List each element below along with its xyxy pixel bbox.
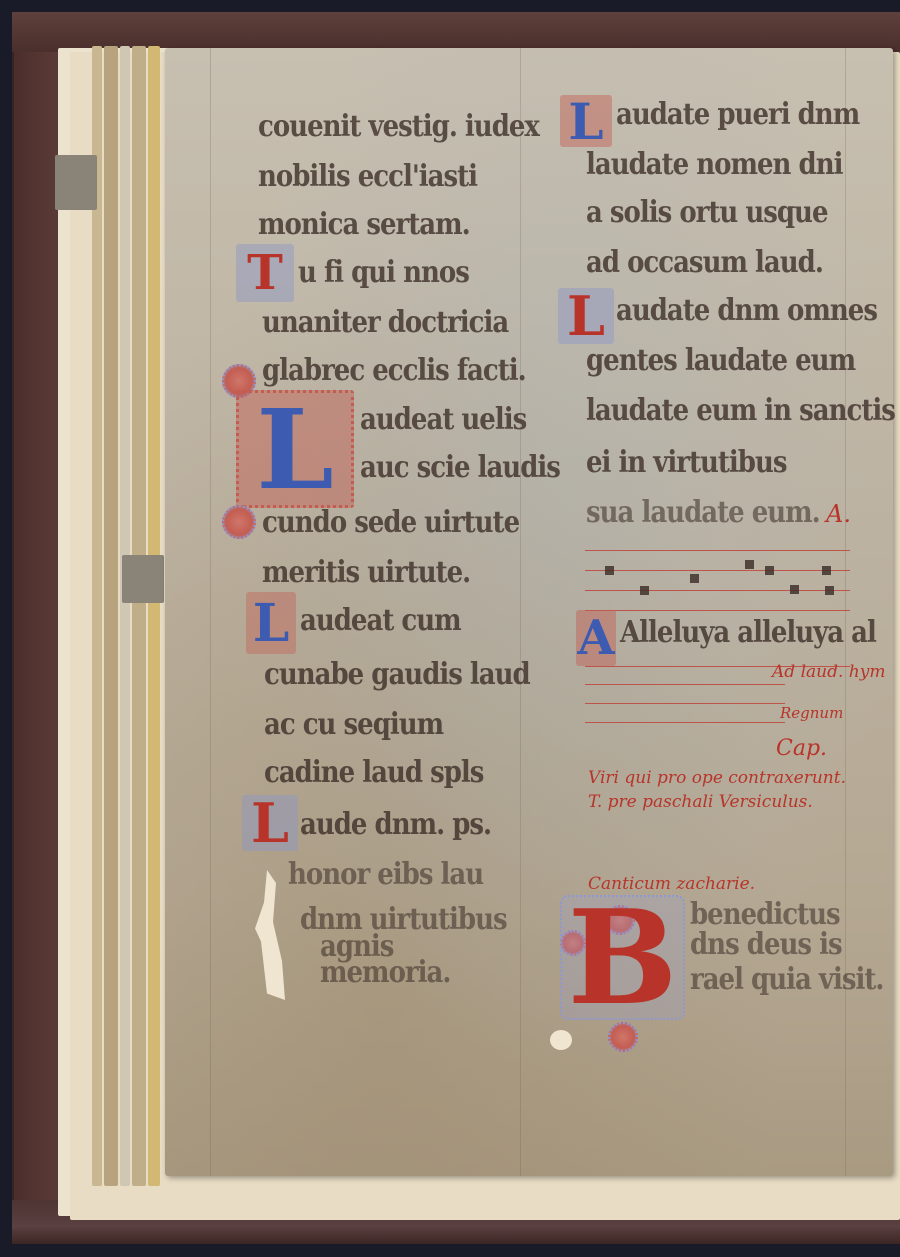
text-line: sua laudate eum. bbox=[586, 496, 820, 531]
ruling-line bbox=[520, 48, 521, 1176]
ruling-line bbox=[845, 48, 846, 1176]
folio-edge bbox=[104, 46, 118, 1186]
text-line: audate pueri dnm bbox=[616, 98, 859, 133]
text-line: u fi qui nnos bbox=[298, 256, 469, 291]
folio-edge bbox=[148, 46, 160, 1186]
staff-line bbox=[585, 684, 785, 685]
text-line: audeat uelis bbox=[360, 403, 526, 438]
text-line: glabrec ecclis facti. bbox=[262, 354, 526, 389]
staff-line bbox=[585, 570, 850, 571]
text-line: ei in virtutibus bbox=[586, 446, 787, 481]
staff-line bbox=[585, 590, 850, 591]
guard-tab bbox=[55, 155, 97, 210]
text-line: cunabe gaudis laud bbox=[264, 658, 530, 693]
folio-edges-stack bbox=[92, 46, 172, 1186]
text-line: a solis ortu usque bbox=[586, 196, 828, 231]
guard-tab bbox=[122, 555, 164, 603]
text-line: laudate eum in sanctis bbox=[586, 394, 895, 429]
text-line: meritis uirtute. bbox=[262, 556, 470, 591]
rubric-regnum: Regnum bbox=[780, 704, 843, 722]
text-line: ad occasum laud. bbox=[586, 246, 823, 281]
staff-line bbox=[585, 722, 785, 723]
neume bbox=[605, 566, 614, 575]
decorated-initial-l: L bbox=[242, 795, 298, 851]
neume bbox=[765, 566, 774, 575]
ruling-line bbox=[210, 48, 211, 1176]
rubric-line: T. pre paschali Versiculus. bbox=[588, 792, 813, 812]
text-line: gentes laudate eum bbox=[586, 344, 855, 379]
decorated-initial-l: L bbox=[246, 592, 296, 654]
text-line: memoria. bbox=[320, 956, 450, 991]
text-line: audeat cum bbox=[300, 604, 461, 639]
decorated-initial-a: A bbox=[576, 610, 616, 666]
staff-line bbox=[585, 703, 785, 704]
neume bbox=[690, 574, 699, 583]
staff-line bbox=[585, 550, 850, 551]
text-line: ac cu seqium bbox=[264, 708, 443, 743]
staff-line bbox=[585, 610, 850, 611]
decorated-initial-t: T bbox=[236, 244, 294, 302]
rubric-antiphon: A. bbox=[826, 500, 851, 528]
decorated-initial-l: L bbox=[560, 95, 612, 147]
folio-edge bbox=[132, 46, 146, 1186]
text-line: monica sertam. bbox=[258, 208, 470, 243]
neume bbox=[640, 586, 649, 595]
folio-edge bbox=[120, 46, 130, 1186]
text-line: auc scie laudis bbox=[360, 451, 560, 486]
text-line: cadine laud spls bbox=[264, 756, 483, 791]
rubric-capitulum: Cap. bbox=[776, 736, 827, 761]
text-line: nobilis eccl'iasti bbox=[258, 160, 477, 195]
text-line: couenit vestig. iudex bbox=[258, 110, 539, 145]
rubric-ad-laudes-hymnus: Ad laud. hym bbox=[772, 662, 885, 682]
text-line: honor eibs lau bbox=[288, 858, 483, 893]
text-line: cundo sede uirtute bbox=[262, 506, 519, 541]
text-line: aude dnm. ps. bbox=[300, 808, 491, 843]
text-line: rael quia visit. bbox=[690, 963, 883, 998]
decorated-initial-l: L bbox=[558, 288, 614, 344]
decorated-initial-l-large: L bbox=[236, 390, 354, 508]
text-line: audate dnm omnes bbox=[616, 294, 877, 329]
text-line: unaniter doctricia bbox=[262, 306, 508, 341]
neume bbox=[745, 560, 754, 569]
folio-edge bbox=[92, 46, 102, 1186]
neume bbox=[825, 586, 834, 595]
text-line: dns deus is bbox=[690, 928, 842, 963]
neume bbox=[790, 585, 799, 594]
text-line: laudate nomen dni bbox=[586, 148, 842, 183]
rubric-line: Viri qui pro ope contraxerunt. bbox=[588, 768, 846, 788]
initial-boss-ornament bbox=[222, 505, 256, 539]
chant-text-line: Alleluya alleluya al bbox=[620, 616, 876, 651]
decorated-initial-b-large: B bbox=[560, 895, 685, 1020]
neume bbox=[822, 566, 831, 575]
